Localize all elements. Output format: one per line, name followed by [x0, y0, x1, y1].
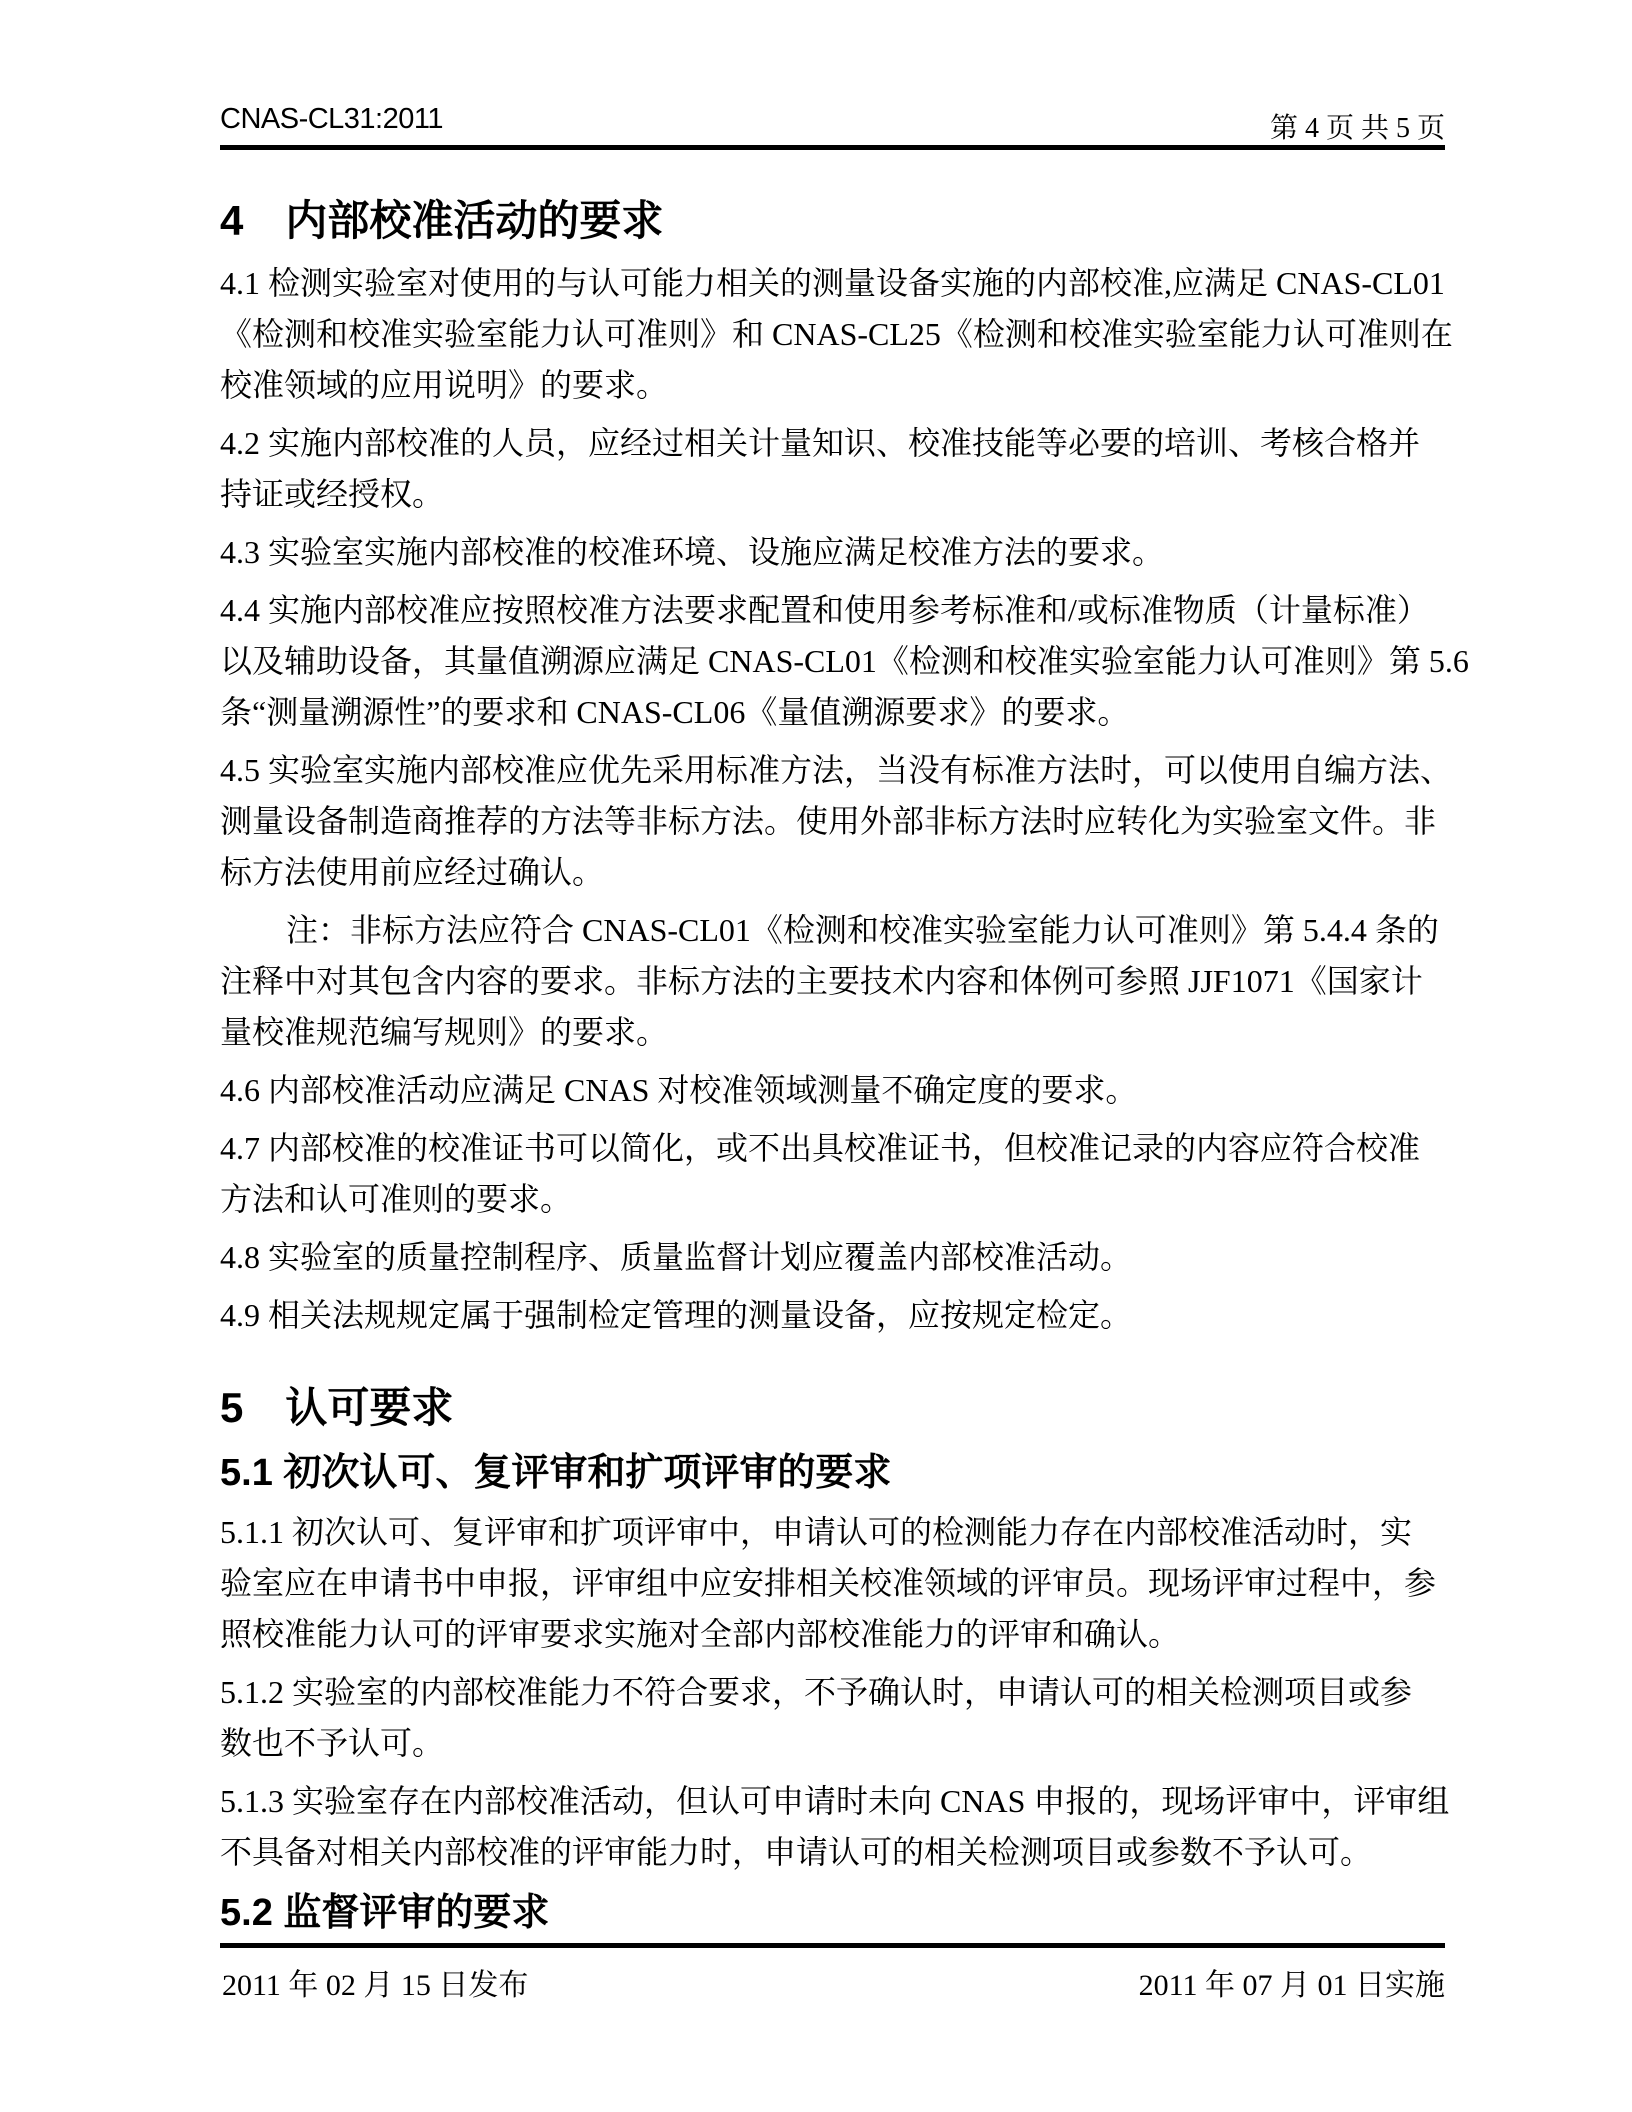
text-line: 标方法使用前应经过确认。 [220, 847, 1445, 898]
text-line: 注：非标方法应符合 CNAS-CL01《检测和校准实验室能力认可准则》第 5.4… [220, 905, 1445, 956]
page-indicator: 第 4 页 共 5 页 [1270, 106, 1445, 146]
text-line: 5.1.1 初次认可、复评审和扩项评审中，申请认可的检测能力存在内部校准活动时，… [220, 1507, 1445, 1558]
note-paragraph: 注：非标方法应符合 CNAS-CL01《检测和校准实验室能力认可准则》第 5.4… [220, 905, 1445, 1058]
text-line: 校准领域的应用说明》的要求。 [220, 360, 1445, 411]
text-line: 量校准规范编写规则》的要求。 [220, 1007, 1445, 1058]
text-line: 《检测和校准实验室能力认可准则》和 CNAS-CL25《检测和校准实验室能力认可… [220, 309, 1445, 360]
text-line: 方法和认可准则的要求。 [220, 1174, 1445, 1225]
header-rule [220, 145, 1445, 150]
text-line: 4.2 实施内部校准的人员，应经过相关计量知识、校准技能等必要的培训、考核合格并 [220, 418, 1445, 469]
text-line: 照校准能力认可的评审要求实施对全部内部校准能力的评审和确认。 [220, 1609, 1445, 1660]
clause-4-4: 4.4 实施内部校准应按照校准方法要求配置和使用参考标准和/或标准物质（计量标准… [220, 585, 1445, 738]
text-line: 以及辅助设备，其量值溯源应满足 CNAS-CL01《检测和校准实验室能力认可准则… [220, 636, 1445, 687]
section-4-heading: 4 内部校准活动的要求 [220, 192, 1445, 250]
clause-4-6: 4.6 内部校准活动应满足 CNAS 对校准领域测量不确定度的要求。 [220, 1065, 1445, 1116]
text-line: 持证或经授权。 [220, 469, 1445, 520]
document-body: 4 内部校准活动的要求4.1 检测实验室对使用的与认可能力相关的测量设备实施的内… [220, 192, 1445, 1947]
text-line: 不具备对相关内部校准的评审能力时，申请认可的相关检测项目或参数不予认可。 [220, 1827, 1445, 1878]
clause-5-1-2: 5.1.2 实验室的内部校准能力不符合要求，不予确认时，申请认可的相关检测项目或… [220, 1667, 1445, 1769]
text-line: 5.1.2 实验室的内部校准能力不符合要求，不予确认时，申请认可的相关检测项目或… [220, 1667, 1445, 1718]
clause-4-3: 4.3 实验室实施内部校准的校准环境、设施应满足校准方法的要求。 [220, 527, 1445, 578]
document-number: CNAS-CL31:2011 [220, 103, 443, 136]
text-line: 4.9 相关法规规定属于强制检定管理的测量设备，应按规定检定。 [220, 1290, 1445, 1341]
text-line: 数也不予认可。 [220, 1718, 1445, 1769]
clause-4-8: 4.8 实验室的质量控制程序、质量监督计划应覆盖内部校准活动。 [220, 1232, 1445, 1283]
clause-4-2: 4.2 实施内部校准的人员，应经过相关计量知识、校准技能等必要的培训、考核合格并… [220, 418, 1445, 520]
clause-4-7: 4.7 内部校准的校准证书可以简化，或不出具校准证书，但校准记录的内容应符合校准… [220, 1123, 1445, 1225]
release-date: 2011 年 02 月 15 日发布 [222, 1960, 528, 2004]
text-line: 4.7 内部校准的校准证书可以简化，或不出具校准证书，但校准记录的内容应符合校准 [220, 1123, 1445, 1174]
implementation-date: 2011 年 07 月 01 日实施 [1139, 1960, 1445, 2004]
text-line: 条“测量溯源性”的要求和 CNAS-CL06《量值溯源要求》的要求。 [220, 687, 1445, 738]
text-line: 4.4 实施内部校准应按照校准方法要求配置和使用参考标准和/或标准物质（计量标准… [220, 585, 1445, 636]
clause-4-5: 4.5 实验室实施内部校准应优先采用标准方法，当没有标准方法时，可以使用自编方法… [220, 745, 1445, 898]
section-5-heading: 5 认可要求 [220, 1379, 1445, 1437]
text-line: 测量设备制造商推荐的方法等非标方法。使用外部非标方法时应转化为实验室文件。非 [220, 796, 1445, 847]
text-line: 4.3 实验室实施内部校准的校准环境、设施应满足校准方法的要求。 [220, 527, 1445, 578]
section-5-2-heading: 5.2 监督评审的要求 [220, 1885, 1445, 1941]
clause-5-1-1: 5.1.1 初次认可、复评审和扩项评审中，申请认可的检测能力存在内部校准活动时，… [220, 1507, 1445, 1660]
text-line: 5.1.3 实验室存在内部校准活动，但认可申请时未向 CNAS 申报的，现场评审… [220, 1776, 1445, 1827]
section-5-1-heading: 5.1 初次认可、复评审和扩项评审的要求 [220, 1445, 1445, 1501]
text-line: 验室应在申请书中申报，评审组中应安排相关校准领域的评审员。现场评审过程中，参 [220, 1558, 1445, 1609]
footer-rule [220, 1943, 1445, 1948]
clause-4-9: 4.9 相关法规规定属于强制检定管理的测量设备，应按规定检定。 [220, 1290, 1445, 1341]
text-line: 4.8 实验室的质量控制程序、质量监督计划应覆盖内部校准活动。 [220, 1232, 1445, 1283]
page: CNAS-CL31:2011 第 4 页 共 5 页 4 内部校准活动的要求4.… [0, 0, 1632, 2112]
clause-5-1-3: 5.1.3 实验室存在内部校准活动，但认可申请时未向 CNAS 申报的，现场评审… [220, 1776, 1445, 1878]
clause-4-1: 4.1 检测实验室对使用的与认可能力相关的测量设备实施的内部校准,应满足 CNA… [220, 258, 1445, 411]
text-line: 4.6 内部校准活动应满足 CNAS 对校准领域测量不确定度的要求。 [220, 1065, 1445, 1116]
text-line: 4.1 检测实验室对使用的与认可能力相关的测量设备实施的内部校准,应满足 CNA… [220, 258, 1445, 309]
text-line: 注释中对其包含内容的要求。非标方法的主要技术内容和体例可参照 JJF1071《国… [220, 956, 1445, 1007]
text-line: 4.5 实验室实施内部校准应优先采用标准方法，当没有标准方法时，可以使用自编方法… [220, 745, 1445, 796]
